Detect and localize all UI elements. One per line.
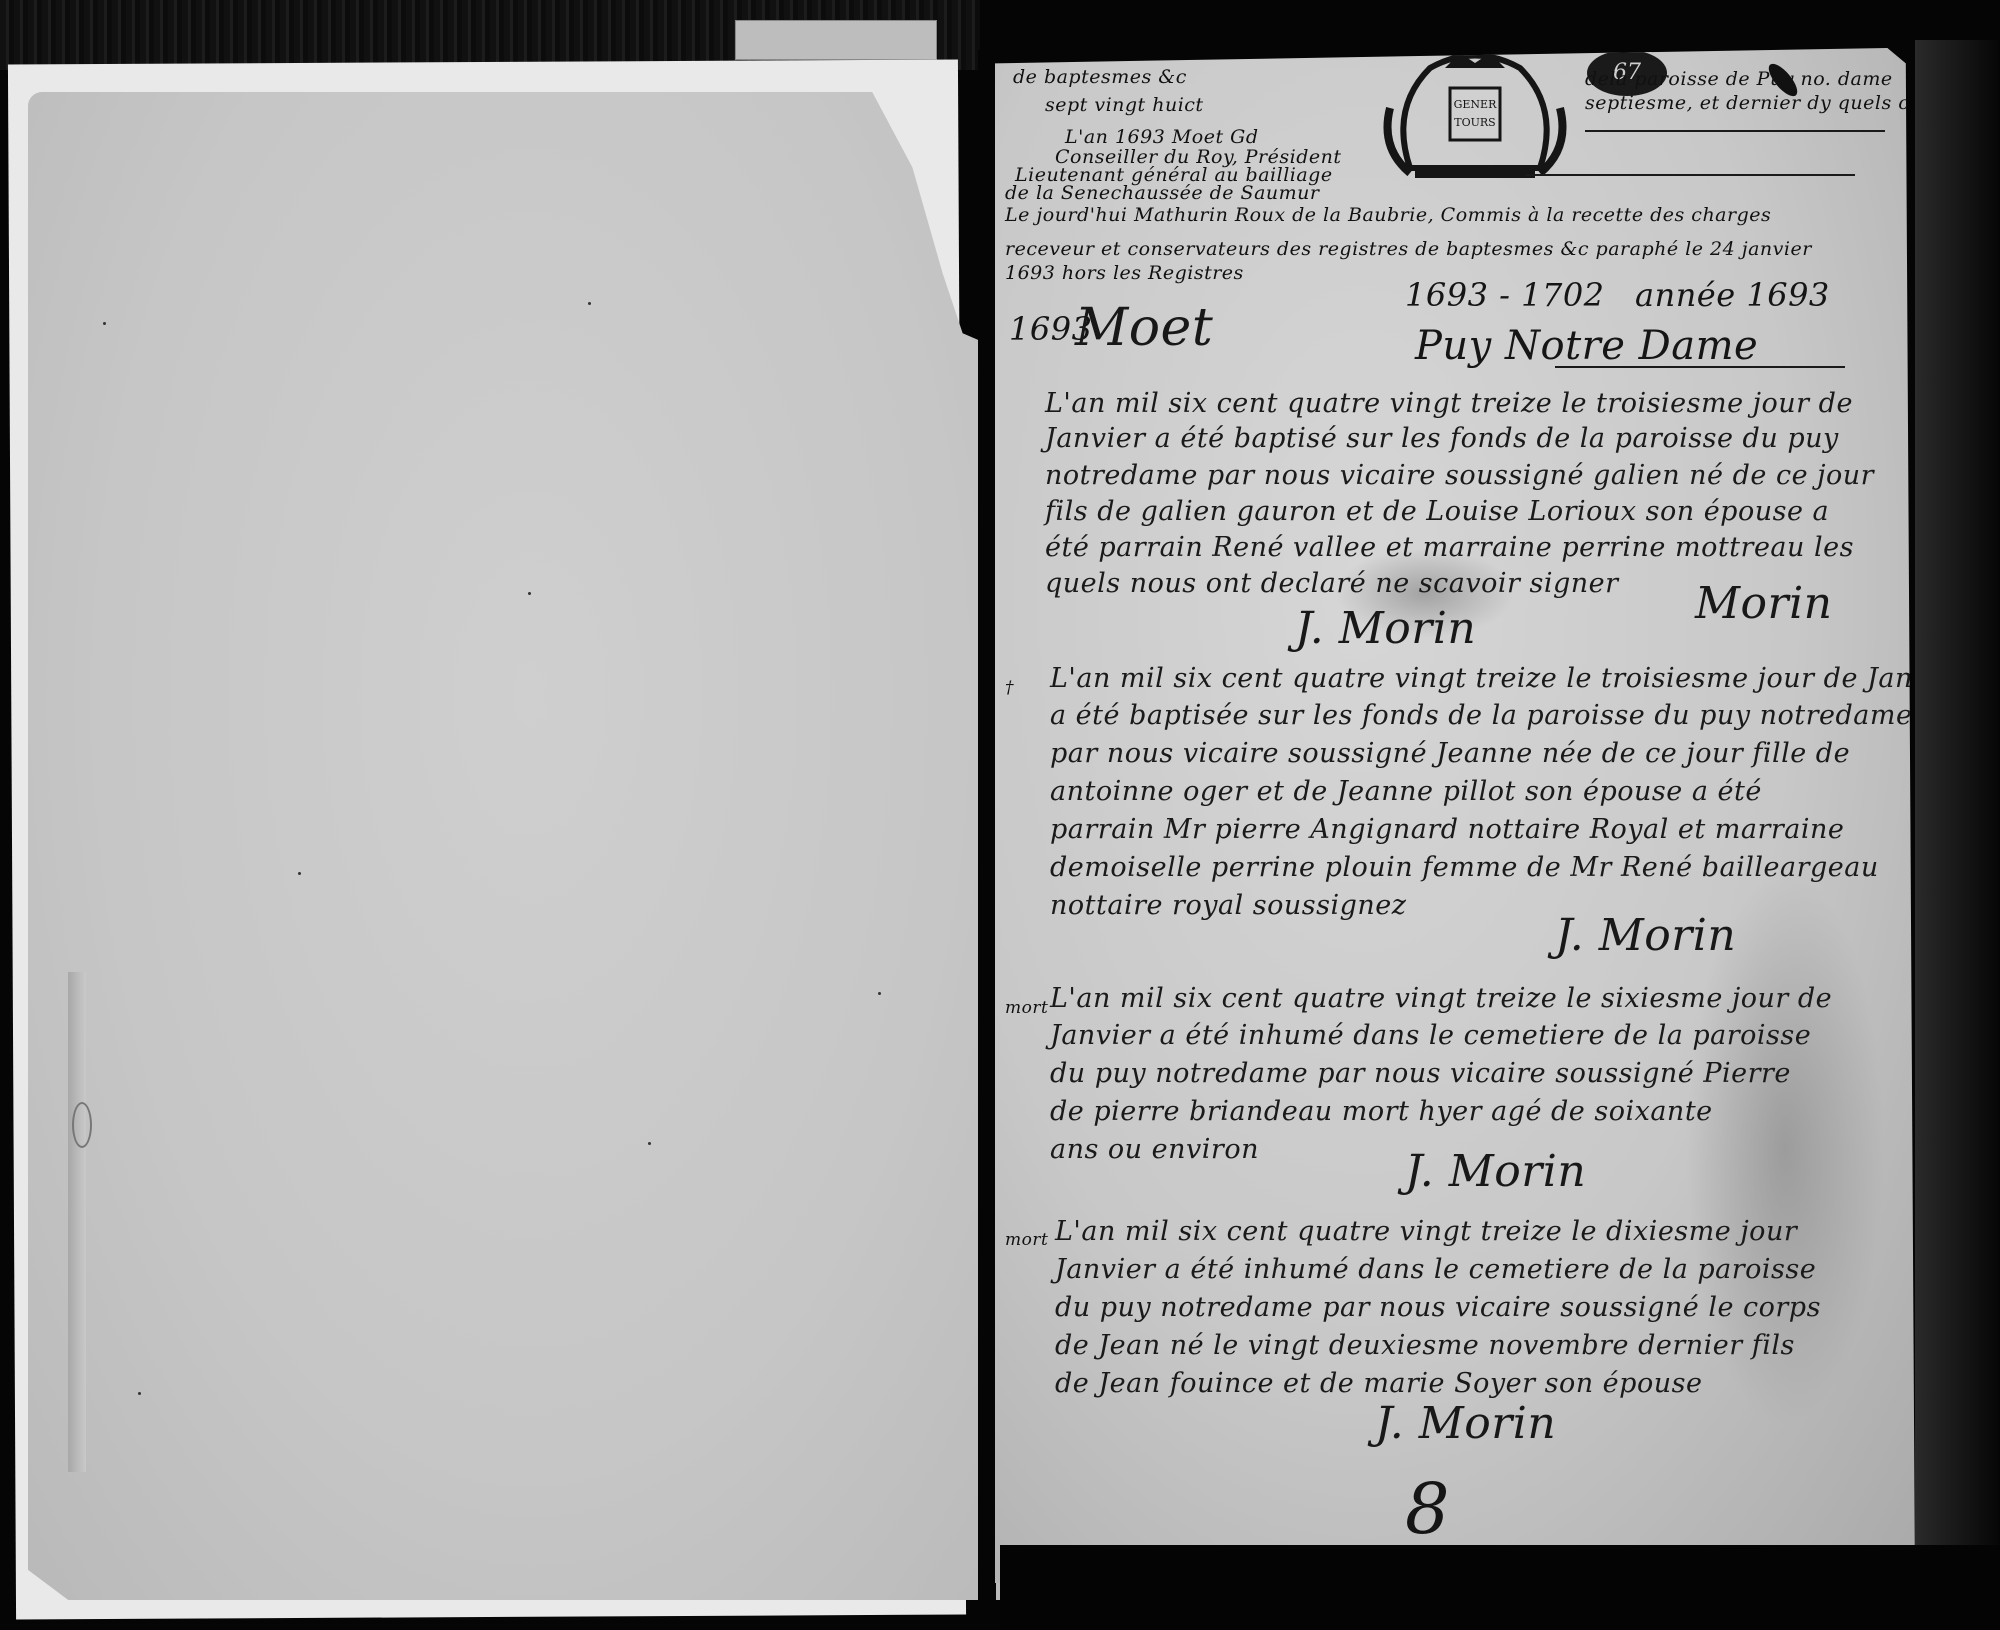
closing-mark: 8 <box>1405 1468 1450 1550</box>
entry-4-margin-note: mort <box>1005 1230 1048 1250</box>
date-range: 1693 - 1702 <box>1405 276 1605 314</box>
entry-3-line: ans ou environ <box>1050 1134 1259 1165</box>
generalite-tours-stamp-icon: GENER TOURS <box>1370 48 1580 188</box>
stamp-label-2: TOURS <box>1454 116 1495 129</box>
paper-speck <box>648 1142 651 1145</box>
entry-4-line: de Jean né le vingt deuxiesme novembre d… <box>1055 1330 1795 1361</box>
paper-speck <box>528 592 531 595</box>
entry-3-line: de pierre briandeau mort hyer agé de soi… <box>1050 1096 1713 1127</box>
ring-mark <box>72 1102 92 1148</box>
stamp-label-1: GENER <box>1454 98 1497 111</box>
paper-speck <box>298 872 301 875</box>
entry-4-signature: J. Morin <box>1375 1398 1556 1449</box>
paper-speck <box>103 322 106 325</box>
entry-2-line: a été baptisée sur les fonds de la paroi… <box>1050 700 1912 731</box>
entry-1-line: Janvier a été baptisé sur les fonds de l… <box>1045 423 1839 454</box>
entry-2-line: demoiselle perrine plouin femme de Mr Re… <box>1050 852 1879 883</box>
entry-2-signature: J. Morin <box>1555 910 1736 961</box>
entry-3-margin-note: mort <box>1005 998 1048 1018</box>
header-note: 1693 hors les Registres <box>1005 262 1244 284</box>
left-page-blank <box>28 92 1033 1600</box>
entry-3-line: Janvier a été inhumé dans le cemetiere d… <box>1050 1020 1811 1051</box>
right-edge-shadow <box>1915 40 2000 1630</box>
entry-2-line: par nous vicaire soussigné Jeanne née de… <box>1050 738 1850 769</box>
entry-2-margin-note: † <box>1005 678 1014 698</box>
right-page-register: GENER TOURS 67 de baptesmes &c dela paro… <box>995 48 1915 1583</box>
entry-1-signature: J. Morin <box>1295 603 1476 654</box>
entry-1-line: été parrain René vallee et marraine perr… <box>1045 532 1854 563</box>
official-signature: Moet <box>1075 298 1213 358</box>
entry-1-line: L'an mil six cent quatre vingt treize le… <box>1045 388 1853 419</box>
header-note: L'an 1693 Moet Gd <box>1065 126 1259 148</box>
header-note: Le jourd'hui Mathurin Roux de la Baubrie… <box>1005 204 1771 226</box>
header-note: receveur et conservateurs des registres … <box>1005 238 1812 260</box>
entry-3-line: du puy notredame par nous vicaire soussi… <box>1050 1058 1791 1089</box>
header-flourish-rule <box>1525 174 1855 176</box>
header-note: dela paroisse de Puy no. dame <box>1585 68 1893 90</box>
bottom-shadow <box>1000 1545 2000 1630</box>
entry-4-line: de Jean fouince et de marie Soyer son ép… <box>1055 1368 1702 1399</box>
paper-speck <box>138 1392 141 1395</box>
entry-3-signature: J. Morin <box>1405 1146 1586 1197</box>
header-note: de la Senechaussée de Saumur <box>1005 182 1319 204</box>
entry-2-line: parrain Mr pierre Angignard nottaire Roy… <box>1050 814 1844 845</box>
entry-2-line: L'an mil six cent quatre vingt treize le… <box>1050 663 1968 694</box>
paper-speck <box>878 992 881 995</box>
paper-tab <box>735 20 937 60</box>
year-label: année 1693 <box>1635 276 1830 314</box>
entry-2-line: antoinne oger et de Jeanne pillot son ép… <box>1050 776 1762 807</box>
entry-3-line: L'an mil six cent quatre vingt treize le… <box>1050 983 1832 1014</box>
paper-speck <box>588 302 591 305</box>
parish-title: Puy Notre Dame <box>1415 323 1758 369</box>
entry-1-line: quels nous ont declaré ne scavoir signer <box>1045 568 1619 599</box>
header-note: sept vingt huict <box>1045 94 1204 116</box>
entry-4-line: du puy notredame par nous vicaire soussi… <box>1055 1292 1821 1323</box>
entry-4-line: Janvier a été inhumé dans le cemetiere d… <box>1055 1254 1816 1285</box>
book-gutter <box>978 50 996 1630</box>
entry-1-line: fils de galien gauron et de Louise Lorio… <box>1045 496 1829 527</box>
header-flourish-rule <box>1585 130 1885 132</box>
title-underline <box>1555 366 1845 368</box>
entry-1-line: notredame par nous vicaire soussigné gal… <box>1045 460 1874 491</box>
entry-2-line: nottaire royal soussignez <box>1050 890 1407 921</box>
entry-4-line: L'an mil six cent quatre vingt treize le… <box>1055 1216 1797 1247</box>
entry-1-signature: Morin <box>1695 578 1833 629</box>
header-note: de baptesmes &c <box>1013 66 1187 88</box>
left-page-margin-strip <box>68 972 86 1472</box>
